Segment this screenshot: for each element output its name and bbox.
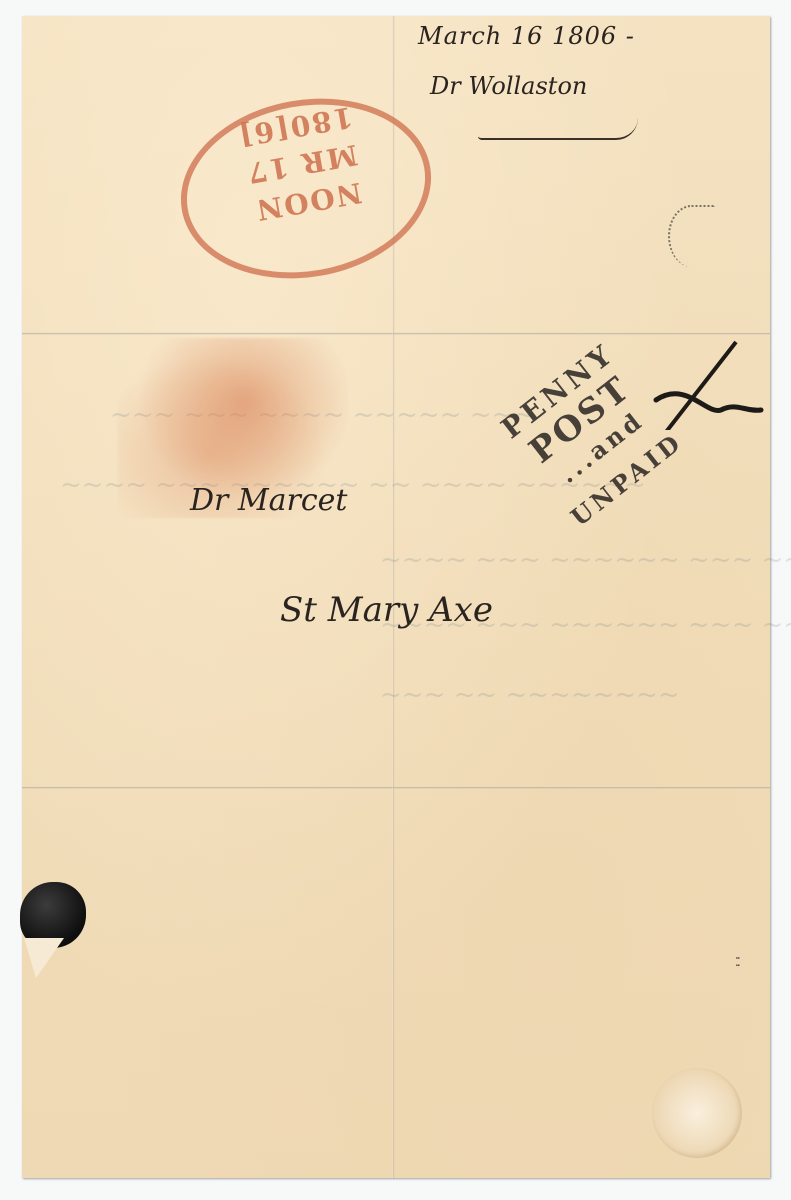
ink-specks: ⁚⁚: [735, 955, 739, 969]
manuscript-charge-mark: [636, 340, 766, 430]
docket-date: March 16 1806 -: [418, 22, 635, 50]
fold-line-lower: [22, 786, 770, 789]
bleed-through-text: ~~~ ~~ ~~~~~~~~: [380, 680, 680, 710]
docket-name: Dr Wollaston: [430, 72, 587, 100]
addressee: Dr Marcet: [190, 483, 348, 518]
docket-flourish: [478, 118, 638, 140]
address-street: St Mary Axe: [280, 590, 493, 630]
embossed-seal-impression: [652, 1068, 742, 1158]
faint-arc-mark: [668, 205, 715, 267]
